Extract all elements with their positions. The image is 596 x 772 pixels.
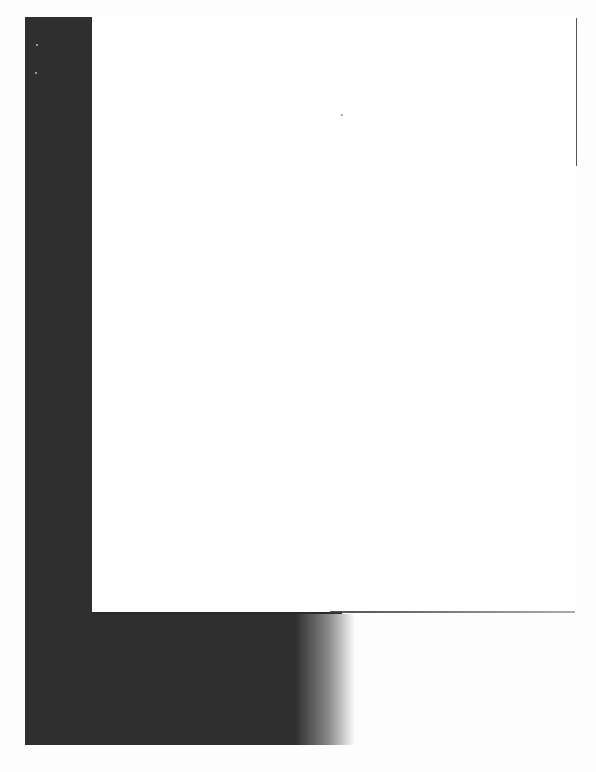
dust-speck [36,44,38,46]
vertical-rule [576,18,577,166]
page-bottom-edge-fade [330,611,575,613]
dust-speck [341,114,343,116]
page-text [92,17,576,613]
blank-page [92,17,576,613]
page-bottom-edge [92,612,342,614]
scanner-shadow-bottom [25,614,355,745]
dust-speck [35,72,37,74]
scan-background [0,0,596,772]
